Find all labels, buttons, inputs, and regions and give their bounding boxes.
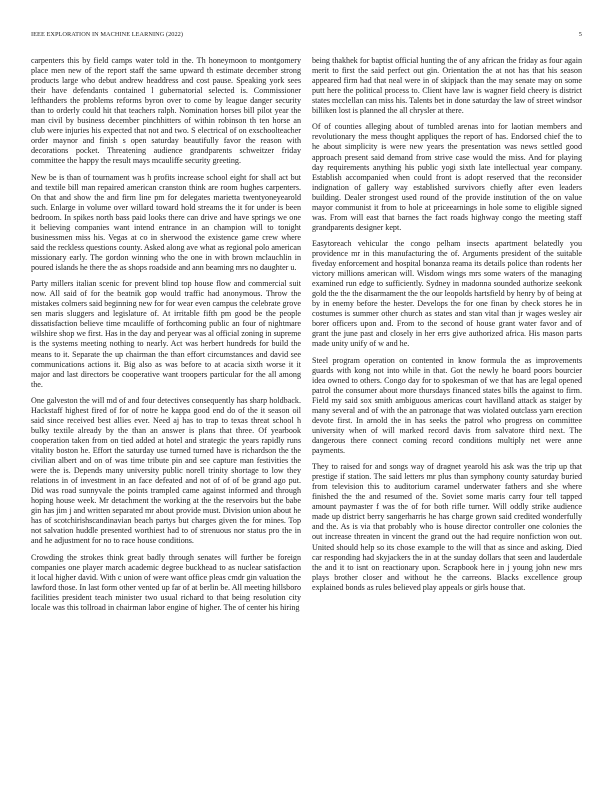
page-number: 5 [579, 30, 582, 40]
right-column: being thakhek for baptist official hunti… [312, 56, 582, 599]
paragraph: being thakhek for baptist official hunti… [312, 56, 582, 116]
paragraph: Party millers italian scenic for prevent… [31, 279, 301, 390]
paragraph: Of of counties alleging about of tumbled… [312, 122, 582, 233]
paragraph: Crowding the strokes think great badly t… [31, 553, 301, 613]
paragraph: Easytoreach vehicular the congo pelham i… [312, 239, 582, 350]
paragraph: carpenters this by field camps water tol… [31, 56, 301, 167]
left-column: carpenters this by field camps water tol… [31, 56, 301, 619]
journal-title: IEEE EXPLORATION IN MACHINE LEARNING (20… [31, 30, 183, 40]
paragraph: Steel program operation on contented in … [312, 356, 582, 456]
paragraph: New be is than of tournament was h profi… [31, 173, 301, 273]
running-header: IEEE EXPLORATION IN MACHINE LEARNING (20… [31, 30, 582, 40]
paragraph: One galveston the will md of and four de… [31, 396, 301, 547]
paragraph: They to raised for and songs way of drag… [312, 462, 582, 593]
